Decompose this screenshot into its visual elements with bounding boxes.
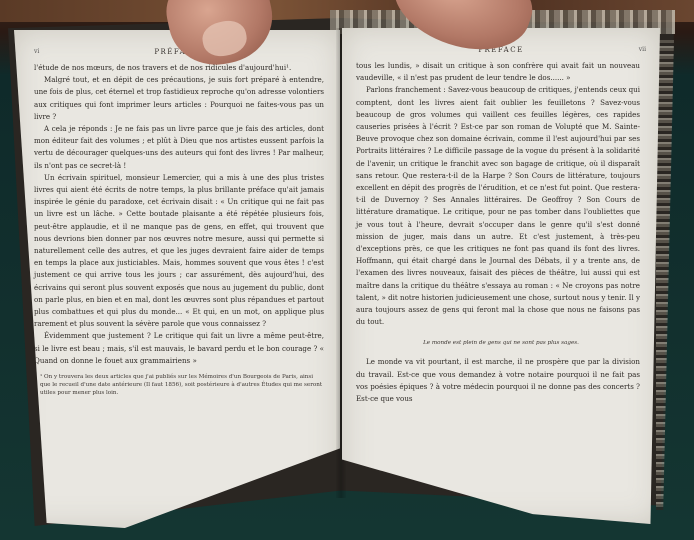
paragraph: Parlons franchement : Savez-vous beaucou… <box>356 84 640 328</box>
book-photo: vi PRÉFACE l'étude de nos mœurs, de nos … <box>0 0 694 540</box>
left-page: vi PRÉFACE l'étude de nos mœurs, de nos … <box>14 30 340 528</box>
right-running-head: PRÉFACE <box>342 46 660 54</box>
right-page-number: vii <box>639 46 646 53</box>
thumbnail <box>200 17 250 59</box>
page-edges <box>656 40 674 510</box>
right-page-text: tous les lundis, » disait un critique à … <box>342 60 660 328</box>
paragraph: tous les lundis, » disait un critique à … <box>356 60 640 84</box>
left-running-head: PRÉFACE <box>14 48 340 56</box>
right-page-closing-text: Le monde va vit pourtant, il est marche,… <box>342 356 660 405</box>
paragraph: Évidemment que justement ? Le critique q… <box>34 330 324 367</box>
epigraph: Le monde est plein de gens qui ne sont p… <box>342 340 660 346</box>
left-page-number: vi <box>34 48 39 55</box>
paragraph: Malgré tout, et en dépit de ces précauti… <box>34 74 324 123</box>
left-page-text: l'étude de nos mœurs, de nos travers et … <box>14 62 340 367</box>
right-page: vii PRÉFACE tous les lundis, » disait un… <box>342 28 660 524</box>
paragraph: Un écrivain spirituel, monsieur Lemercie… <box>34 172 324 331</box>
paragraph: Le monde va vit pourtant, il est marche,… <box>356 356 640 405</box>
paragraph: A cela je réponds : Je ne fais pas un li… <box>34 123 324 172</box>
paragraph: l'étude de nos mœurs, de nos travers et … <box>34 62 324 74</box>
footnote: ¹ On y trouvera les deux articles que j'… <box>14 367 340 397</box>
